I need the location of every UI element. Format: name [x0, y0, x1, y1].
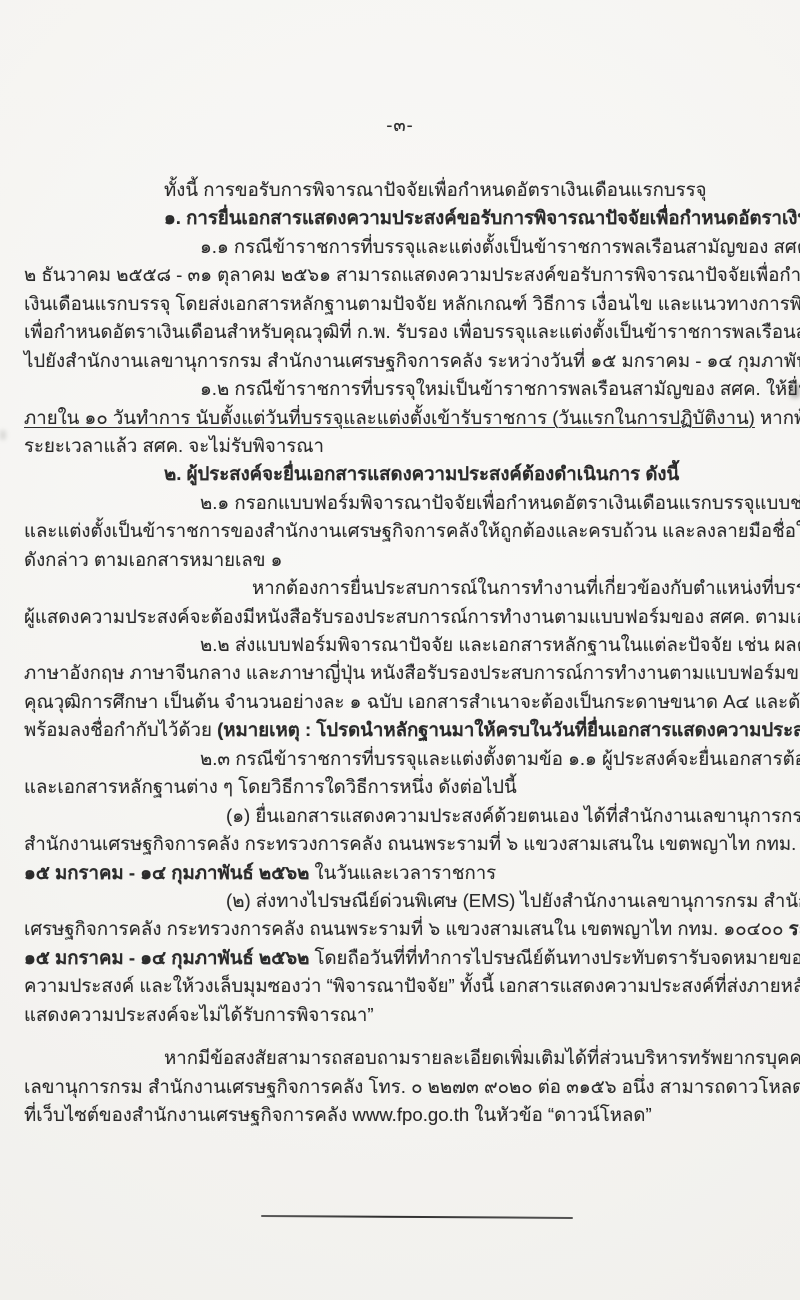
text-line: พร้อมลงชื่อกำกับไว้ด้วย (หมายเหตุ : โปรด… — [24, 716, 778, 744]
text-segment: ทั้งนี้ การขอรับการพิจารณาปัจจัยเพื่อกำห… — [164, 179, 707, 200]
text-line: ๒.๑ กรอกแบบฟอร์มพิจารณาปัจจัยเพื่อกำหนดอ… — [24, 489, 778, 517]
text-line: เศรษฐกิจการคลัง กระทรวงการคลัง ถนนพระราม… — [24, 915, 778, 943]
text-segment: ๑๕ มกราคม - ๑๔ กุมภาพันธ์ ๒๕๖๒ — [24, 862, 309, 883]
text-segment: ๑.๒ กรณีข้าราชการที่บรรจุใหม่เป็นข้าราชก… — [200, 378, 800, 399]
text-segment: เพื่อกำหนดอัตราเงินเดือนสำหรับคุณวุฒิที่… — [24, 321, 800, 342]
text-segment: ๒.๓ กรณีข้าราชการที่บรรจุและแต่งตั้งตามข… — [200, 748, 800, 769]
text-segment: ความประสงค์ และให้วงเล็บมุมซองว่า “พิจาร… — [24, 975, 800, 996]
text-line: ๑.๑ กรณีข้าราชการที่บรรจุและแต่งตั้งเป็น… — [24, 233, 778, 261]
text-segment: พร้อมลงชื่อกำกับไว้ด้วย — [24, 719, 217, 740]
text-segment: สำนักงานเศรษฐกิจการคลัง กระทรวงการคลัง ถ… — [24, 833, 800, 854]
text-line: ๑๕ มกราคม - ๑๔ กุมภาพันธ์ ๒๕๖๒ ในวันและเ… — [24, 859, 778, 887]
text-segment: (๑) ยื่นเอกสารแสดงความประสงค์ด้วยตนเอง ไ… — [226, 805, 800, 826]
text-line: (๒) ส่งทางไปรษณีย์ด่วนพิเศษ (EMS) ไปยังส… — [24, 887, 778, 915]
text-segment: ๒.๒ ส่งแบบฟอร์มพิจารณาปัจจัย และเอกสารหล… — [200, 634, 800, 655]
text-line: (๑) ยื่นเอกสารแสดงความประสงค์ด้วยตนเอง ไ… — [24, 802, 778, 830]
text-line: คุณวุฒิการศึกษา เป็นต้น จำนวนอย่างละ ๑ ฉ… — [24, 688, 778, 716]
text-line: ๒. ผู้ประสงค์จะยื่นเอกสารแสดงความประสงค์… — [24, 460, 778, 488]
text-segment: (๒) ส่งทางไปรษณีย์ด่วนพิเศษ (EMS) ไปยังส… — [226, 890, 800, 911]
text-line: ๑. การยื่นเอกสารแสดงความประสงค์ขอรับการพ… — [24, 204, 778, 232]
text-line: ๒ ธันวาคม ๒๕๕๘ - ๓๑ ตุลาคม ๒๕๖๑ สามารถแส… — [24, 261, 778, 289]
text-line: เงินเดือนแรกบรรจุ โดยส่งเอกสารหลักฐานตาม… — [24, 290, 778, 318]
text-segment: และเอกสารหลักฐานต่าง ๆ โดยวิธีการใดวิธีก… — [24, 776, 517, 797]
text-segment: แสดงความประสงค์จะไม่ได้รับการพิจารณา” — [24, 1004, 374, 1025]
text-line: แสดงความประสงค์จะไม่ได้รับการพิจารณา” — [24, 1001, 778, 1029]
text-line: ไปยังสำนักงานเลขานุการกรม สำนักงานเศรษฐก… — [24, 347, 778, 375]
text-segment: ๒ ธันวาคม ๒๕๕๘ - ๓๑ ตุลาคม ๒๕๖๑ สามารถแส… — [24, 264, 800, 285]
text-line: ทั้งนี้ การขอรับการพิจารณาปัจจัยเพื่อกำห… — [24, 176, 778, 204]
text-segment: เงินเดือนแรกบรรจุ โดยส่งเอกสารหลักฐานตาม… — [24, 293, 800, 314]
text-segment: หากมีข้อสงสัยสามารถสอบถามรายละเอียดเพิ่ม… — [164, 1047, 800, 1068]
text-segment: (หมายเหตุ : โปรดนำหลักฐานมาให้ครบในวันที… — [217, 719, 800, 740]
text-segment: ระหว่างวันที่ — [789, 918, 800, 939]
text-line: ผู้แสดงความประสงค์จะต้องมีหนังสือรับรองป… — [24, 603, 778, 631]
text-line: เพื่อกำหนดอัตราเงินเดือนสำหรับคุณวุฒิที่… — [24, 318, 778, 346]
text-segment: ระยะเวลาแล้ว สศค. จะไม่รับพิจารณา — [24, 435, 324, 456]
text-segment: ๑. การยื่นเอกสารแสดงความประสงค์ขอรับการพ… — [164, 207, 800, 228]
text-segment: คุณวุฒิการศึกษา เป็นต้น จำนวนอย่างละ ๑ ฉ… — [24, 691, 800, 712]
text-segment: ดังกล่าว ตามเอกสารหมายเลข ๑ — [24, 549, 282, 570]
text-segment: ไปยังสำนักงานเลขานุการกรม สำนักงานเศรษฐก… — [24, 350, 800, 371]
text-segment: ภาษาอังกฤษ ภาษาจีนกลาง และภาษาญี่ปุ่น หน… — [24, 662, 800, 683]
text-segment: ที่เว็บไซต์ของสำนักงานเศรษฐกิจการคลัง ww… — [24, 1104, 652, 1125]
text-line: เลขานุการกรม สำนักงานเศรษฐกิจการคลัง โทร… — [24, 1073, 778, 1101]
text-segment: ในวันและเวลาราชการ — [309, 862, 496, 883]
text-segment: ๒.๑ กรอกแบบฟอร์มพิจารณาปัจจัยเพื่อกำหนดอ… — [200, 492, 800, 513]
page-number: -๓- — [0, 110, 800, 139]
text-segment: ๒. ผู้ประสงค์จะยื่นเอกสารแสดงความประสงค์… — [164, 463, 679, 484]
text-line: ๑๕ มกราคม - ๑๔ กุมภาพันธ์ ๒๕๖๒ โดยถือวัน… — [24, 944, 778, 972]
text-line: ๑.๒ กรณีข้าราชการที่บรรจุใหม่เป็นข้าราชก… — [24, 375, 778, 403]
text-line: ภาษาอังกฤษ ภาษาจีนกลาง และภาษาญี่ปุ่น หน… — [24, 659, 778, 687]
text-line: ๒.๓ กรณีข้าราชการที่บรรจุและแต่งตั้งตามข… — [24, 745, 778, 773]
text-line: หากต้องการยื่นประสบการณ์ในการทำงานที่เกี… — [24, 574, 778, 602]
text-line: ภายใน ๑๐ วันทำการ นับตั้งแต่วันที่บรรจุแ… — [24, 404, 778, 432]
text-line: สำนักงานเศรษฐกิจการคลัง กระทรวงการคลัง ถ… — [24, 830, 778, 858]
text-segment: ๑๕ มกราคม - ๑๔ กุมภาพันธ์ ๒๕๖๒ — [24, 947, 309, 968]
text-segment: โดยถือวันที่ที่ทำการไปรษณีย์ต้นทางประทับ… — [309, 947, 800, 968]
text-segment: และแต่งตั้งเป็นข้าราชการของสำนักงานเศรษฐ… — [24, 520, 800, 541]
text-line: ระยะเวลาแล้ว สศค. จะไม่รับพิจารณา — [24, 432, 778, 460]
scan-artifact — [0, 430, 6, 440]
text-line: และแต่งตั้งเป็นข้าราชการของสำนักงานเศรษฐ… — [24, 517, 778, 545]
text-line: ดังกล่าว ตามเอกสารหมายเลข ๑ — [24, 546, 778, 574]
text-segment: ผู้แสดงความประสงค์จะต้องมีหนังสือรับรองป… — [24, 606, 800, 627]
text-segment: เศรษฐกิจการคลัง กระทรวงการคลัง ถนนพระราม… — [24, 918, 789, 939]
footer-divider-line — [261, 1215, 573, 1219]
text-line: และเอกสารหลักฐานต่าง ๆ โดยวิธีการใดวิธีก… — [24, 773, 778, 801]
text-line: ที่เว็บไซต์ของสำนักงานเศรษฐกิจการคลัง ww… — [24, 1101, 778, 1129]
text-segment: เลขานุการกรม สำนักงานเศรษฐกิจการคลัง โทร… — [24, 1076, 800, 1097]
text-segment: ๑.๑ กรณีข้าราชการที่บรรจุและแต่งตั้งเป็น… — [200, 236, 800, 257]
text-line: ความประสงค์ และให้วงเล็บมุมซองว่า “พิจาร… — [24, 972, 778, 1000]
text-line: หากมีข้อสงสัยสามารถสอบถามรายละเอียดเพิ่ม… — [24, 1044, 778, 1072]
text-segment: หากพ้นกำหนด — [755, 407, 800, 428]
text-line: ๒.๒ ส่งแบบฟอร์มพิจารณาปัจจัย และเอกสารหล… — [24, 631, 778, 659]
text-segment: ภายใน ๑๐ วันทำการ นับตั้งแต่วันที่บรรจุแ… — [24, 407, 755, 428]
text-segment: หากต้องการยื่นประสบการณ์ในการทำงานที่เกี… — [252, 577, 800, 598]
document-lines: ทั้งนี้ การขอรับการพิจารณาปัจจัยเพื่อกำห… — [24, 176, 778, 1129]
